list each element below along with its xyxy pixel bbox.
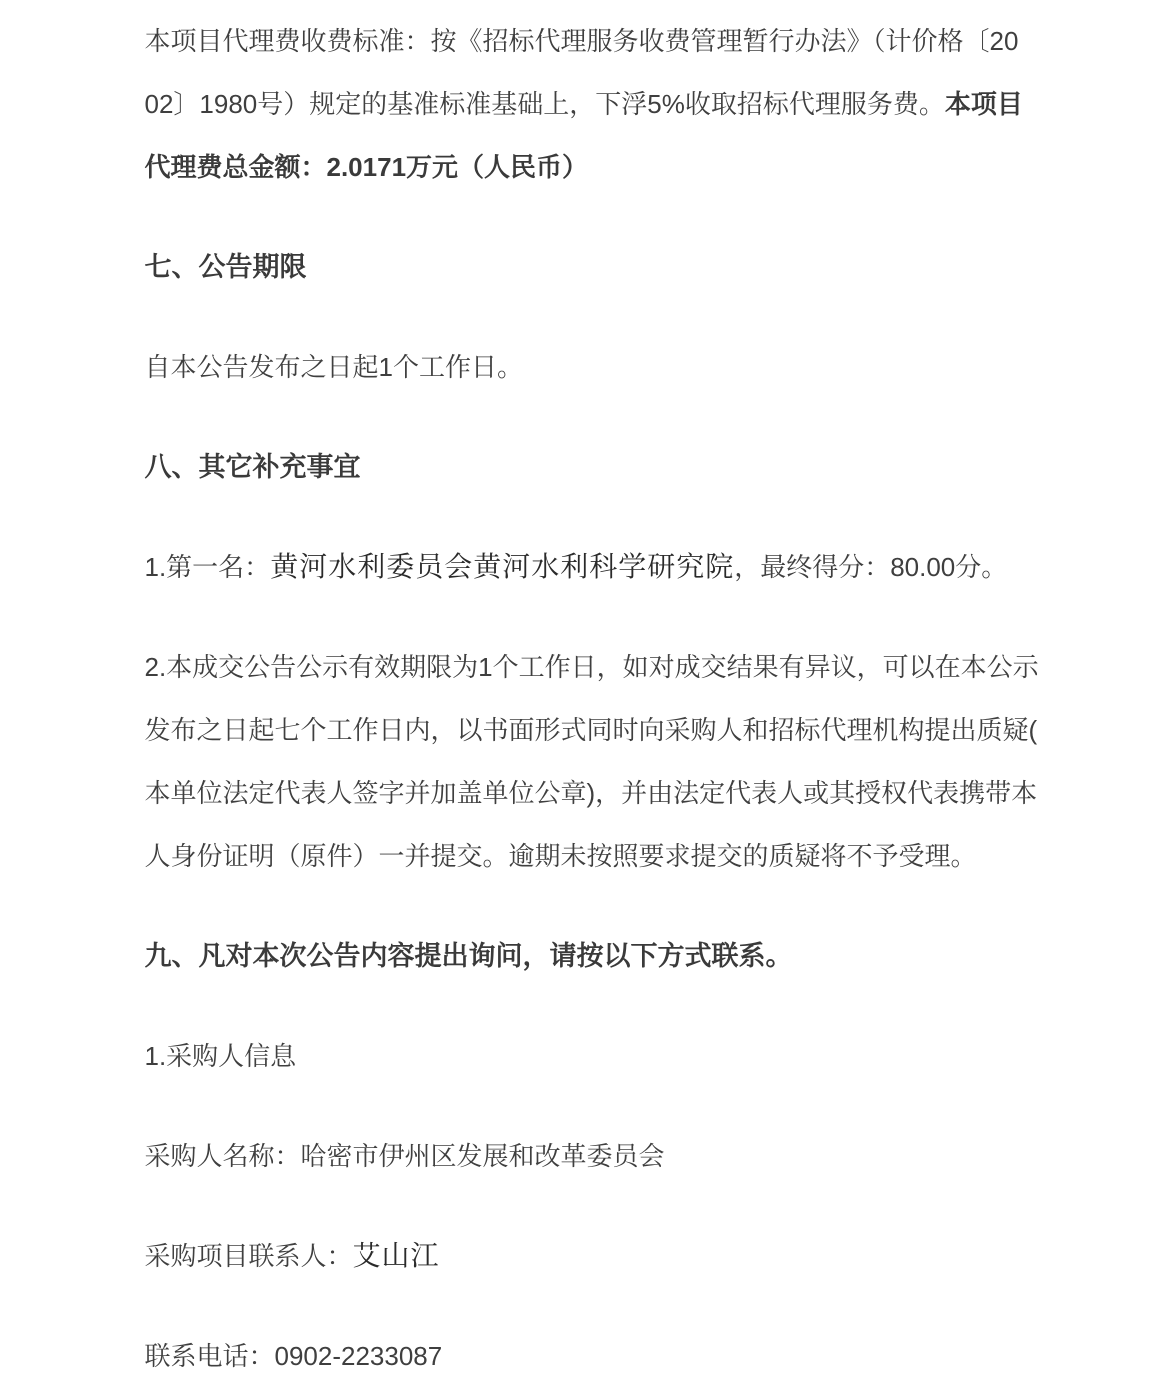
objection-procedure-paragraph: 2.本成交公告公示有效期限为1个工作日，如对成交结果有异议，可以在本公示发布之日… xyxy=(145,636,1013,888)
section-9-contact-heading: 九、凡对本次公告内容提出询问，请按以下方式联系。 xyxy=(145,925,1013,988)
objection-procedure-paragraph-line-4: 人身份证明（原件）一并提交。逾期未按照要求提交的质疑将不予受理。 xyxy=(145,825,1013,888)
text-run: 人身份证明（原件）一并提交。逾期未按照要求提交的质疑将不予受理。 xyxy=(145,841,977,871)
text-run: 发布之日起七个工作日内，以书面形式同时向采购人和招标代理机构提出质疑( xyxy=(145,715,1038,745)
text-run: 本单位法定代表人签字并加盖单位公章)，并由法定代表人或其授权代表携带本 xyxy=(145,778,1038,808)
contact-phone-paragraph-line-1: 联系电话：0902-2233087 xyxy=(145,1325,1013,1388)
text-run: 联系电话：0902-2233087 xyxy=(145,1341,443,1371)
first-place-result-paragraph: 1.第一名：黄河水利委员会黄河水利科学研究院，最终得分：80.00分。 xyxy=(145,536,1013,599)
text-run: 八、其它补充事宜 xyxy=(145,452,361,482)
purchaser-info-title-paragraph: 1.采购人信息 xyxy=(145,1025,1013,1088)
objection-procedure-paragraph-line-3: 本单位法定代表人签字并加盖单位公章)，并由法定代表人或其授权代表携带本 xyxy=(145,762,1013,825)
text-run: 02〕1980号）规定的基准标准基础上，下浮5%收取招标代理服务费。 xyxy=(145,89,945,119)
text-run: 艾山江 xyxy=(353,1241,440,1272)
text-run: 黄河水利委员会黄河水利科学研究院 xyxy=(270,552,734,583)
section-9-contact-heading-line-1: 九、凡对本次公告内容提出询问，请按以下方式联系。 xyxy=(145,925,1013,988)
agency-fee-paragraph-line-1: 本项目代理费收费标准：按《招标代理服务收费管理暂行办法》（计价格〔20 xyxy=(145,10,1013,73)
agency-fee-paragraph-line-3: 代理费总金额：2.0171万元（人民币） xyxy=(145,136,1013,199)
text-run: 采购人名称：哈密市伊州区发展和改革委员会 xyxy=(145,1141,665,1171)
text-run: 本项目代理费收费标准：按《招标代理服务收费管理暂行办法》（计价格〔20 xyxy=(145,26,1019,56)
section-8-supplementary-heading: 八、其它补充事宜 xyxy=(145,436,1013,499)
text-run: 1.采购人信息 xyxy=(145,1041,297,1071)
project-contact-paragraph-line-1: 采购项目联系人：艾山江 xyxy=(145,1225,1013,1288)
objection-procedure-paragraph-line-2: 发布之日起七个工作日内，以书面形式同时向采购人和招标代理机构提出质疑( xyxy=(145,699,1013,762)
project-contact-paragraph: 采购项目联系人：艾山江 xyxy=(145,1225,1013,1288)
text-run: 本项目 xyxy=(945,89,1023,119)
first-place-result-paragraph-line-1: 1.第一名：黄河水利委员会黄河水利科学研究院，最终得分：80.00分。 xyxy=(145,536,1013,599)
purchaser-name-paragraph-line-1: 采购人名称：哈密市伊州区发展和改革委员会 xyxy=(145,1125,1013,1188)
section-7-announcement-period-heading-line-1: 七、公告期限 xyxy=(145,236,1013,299)
contact-phone-paragraph: 联系电话：0902-2233087 xyxy=(145,1325,1013,1388)
text-run: 1.第一名： xyxy=(145,552,271,582)
text-run: 代理费总金额：2.0171万元（人民币） xyxy=(145,152,589,182)
announcement-document: 本项目代理费收费标准：按《招标代理服务收费管理暂行办法》（计价格〔2002〕19… xyxy=(145,0,1013,1394)
announcement-period-paragraph: 自本公告发布之日起1个工作日。 xyxy=(145,336,1013,399)
announcement-period-paragraph-line-1: 自本公告发布之日起1个工作日。 xyxy=(145,336,1013,399)
purchaser-info-title-paragraph-line-1: 1.采购人信息 xyxy=(145,1025,1013,1088)
purchaser-name-paragraph: 采购人名称：哈密市伊州区发展和改革委员会 xyxy=(145,1125,1013,1188)
agency-fee-paragraph-line-2: 02〕1980号）规定的基准标准基础上，下浮5%收取招标代理服务费。本项目 xyxy=(145,73,1013,136)
section-7-announcement-period-heading: 七、公告期限 xyxy=(145,236,1013,299)
text-run: 2.本成交公告公示有效期限为1个工作日，如对成交结果有异议，可以在本公示 xyxy=(145,652,1039,682)
text-run: ，最终得分：80.00分。 xyxy=(734,552,1007,582)
text-run: 自本公告发布之日起1个工作日。 xyxy=(145,352,523,382)
text-run: 采购项目联系人： xyxy=(145,1241,353,1271)
text-run: 九、凡对本次公告内容提出询问，请按以下方式联系。 xyxy=(145,941,793,971)
text-run: 七、公告期限 xyxy=(145,252,307,282)
objection-procedure-paragraph-line-1: 2.本成交公告公示有效期限为1个工作日，如对成交结果有异议，可以在本公示 xyxy=(145,636,1013,699)
agency-fee-paragraph: 本项目代理费收费标准：按《招标代理服务收费管理暂行办法》（计价格〔2002〕19… xyxy=(145,10,1013,199)
section-8-supplementary-heading-line-1: 八、其它补充事宜 xyxy=(145,436,1013,499)
